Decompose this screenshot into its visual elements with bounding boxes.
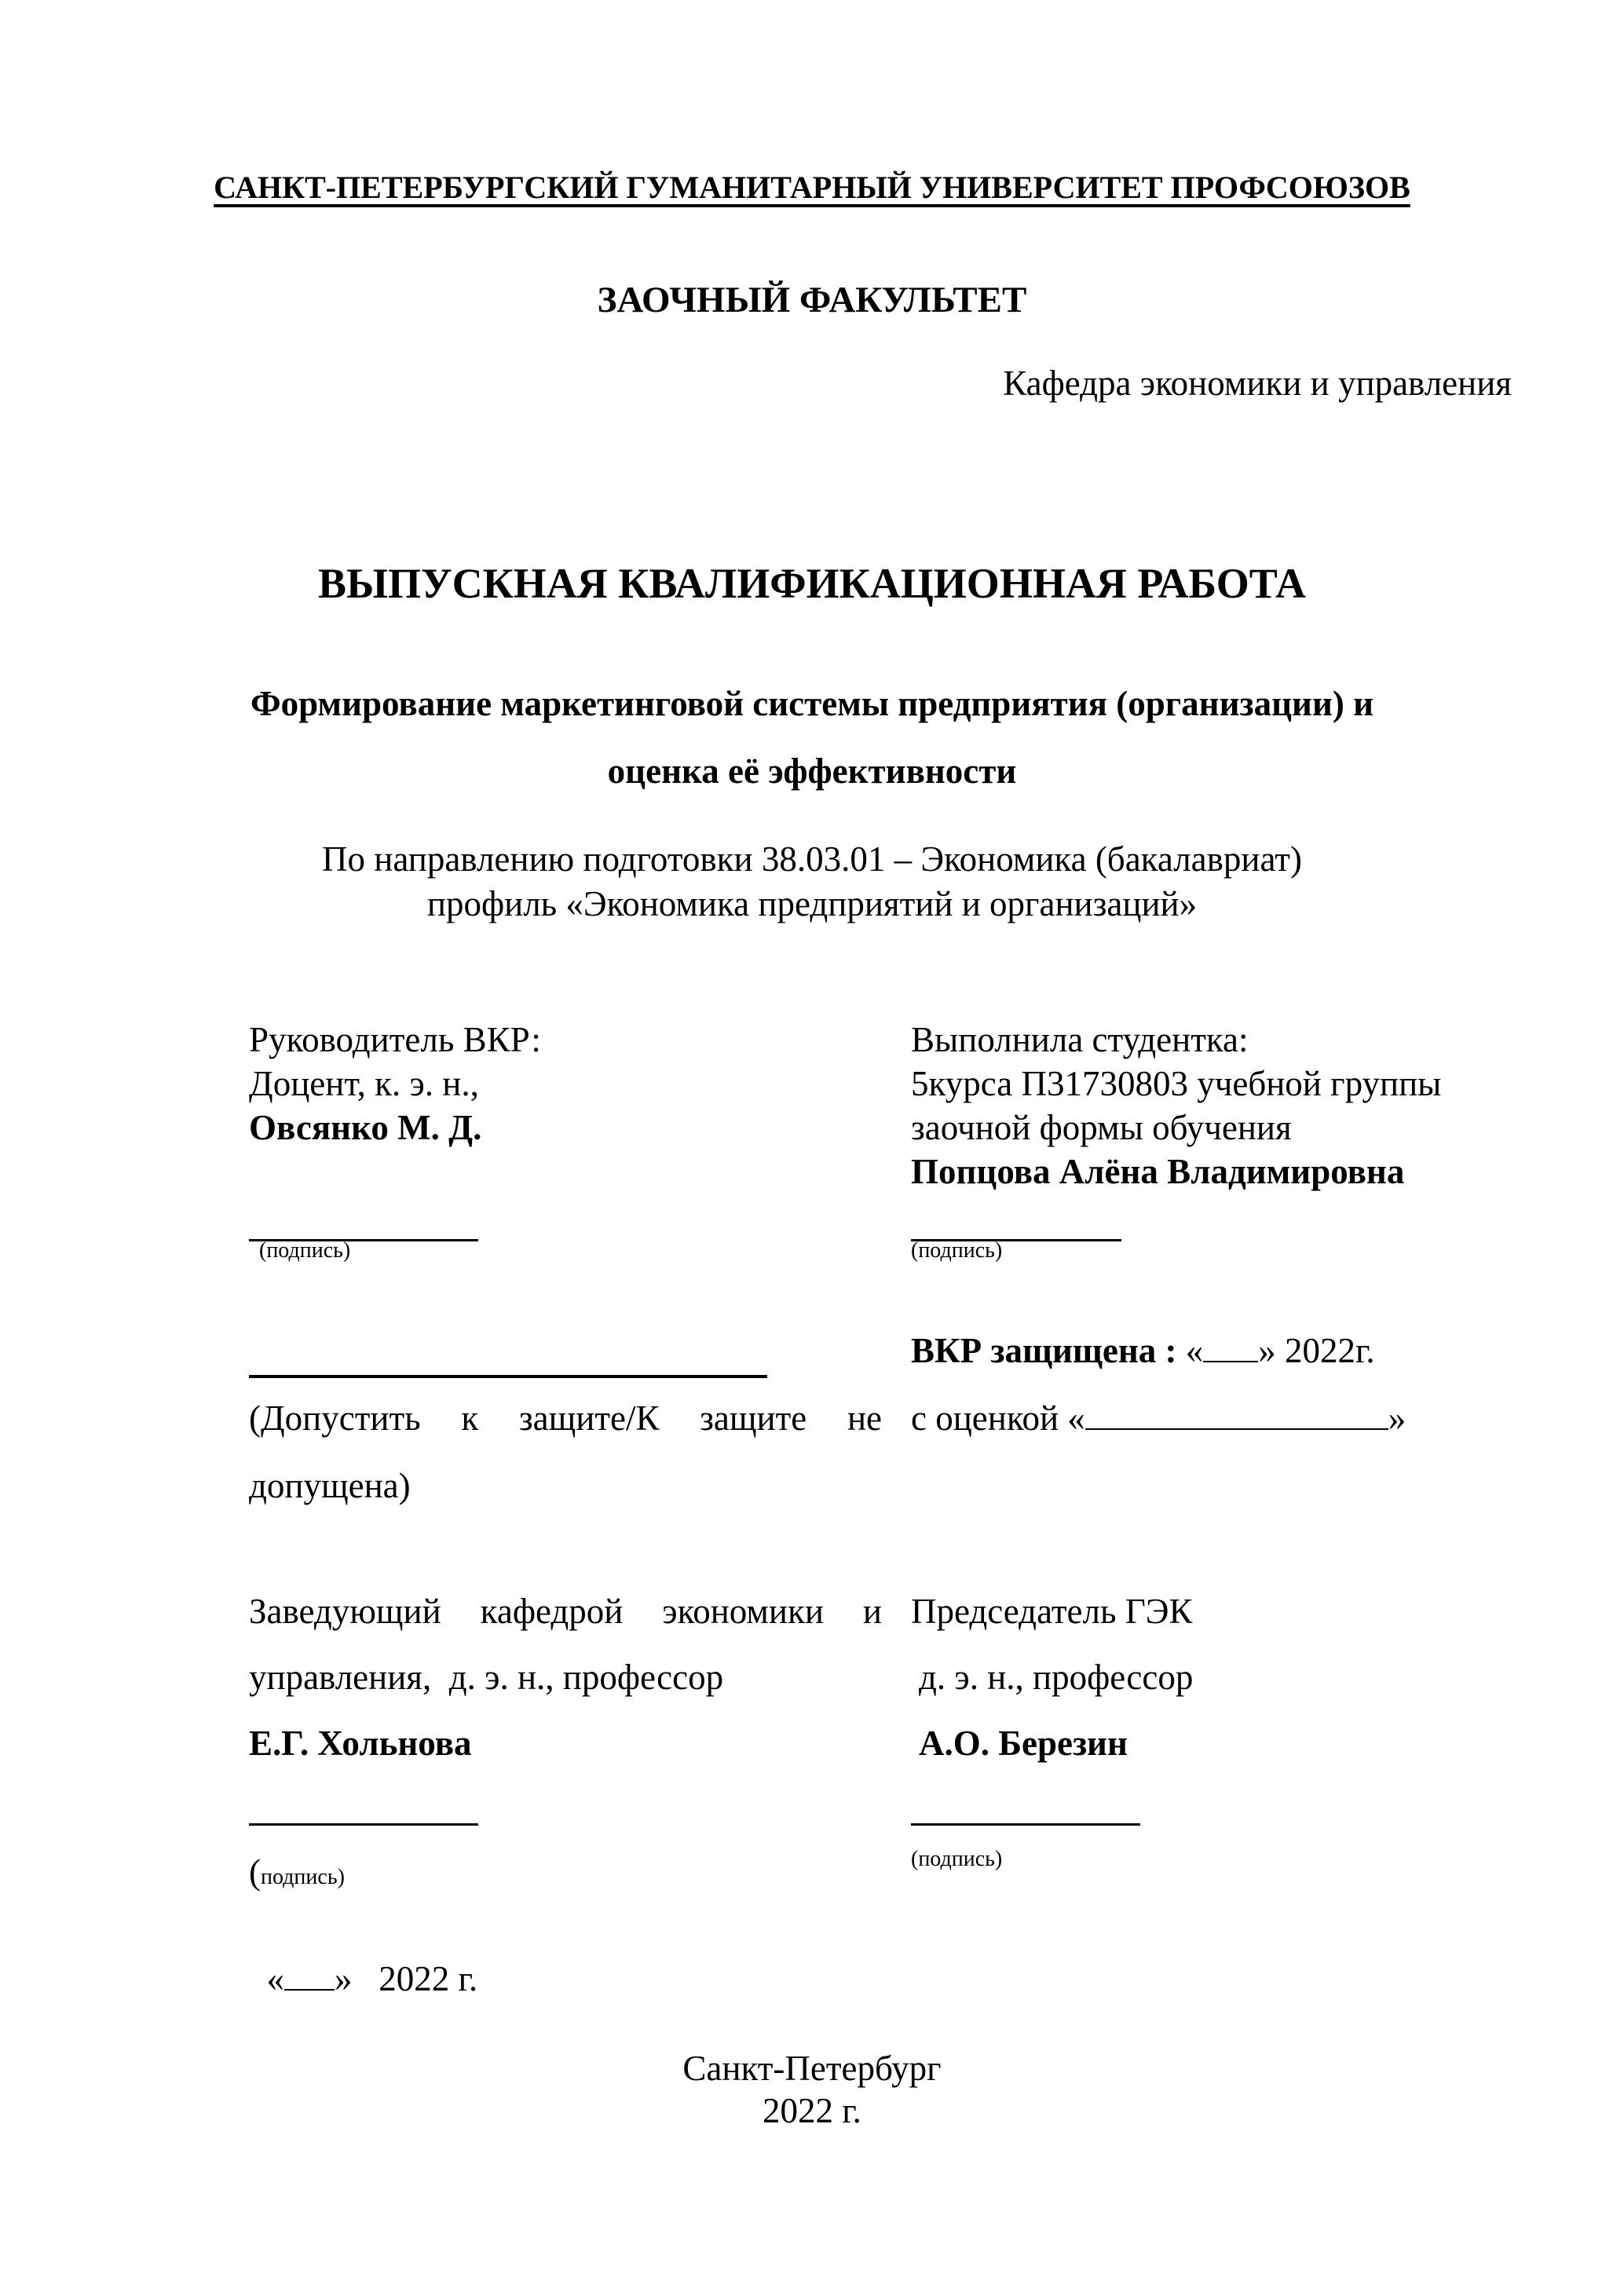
defense-day-blank[interactable] — [1203, 1361, 1258, 1362]
defense-grade-label: с оценкой « — [911, 1398, 1085, 1438]
student-name: Попцова Алёна Владимировна — [911, 1150, 1404, 1194]
head-signature-caption-paren: ( — [249, 1852, 261, 1892]
student-study-form: заочной формы обучения — [911, 1106, 1292, 1150]
head-title-word: кафедрой — [481, 1589, 624, 1633]
direction-line-1: По направлению подготовки 38.03.01 – Эко… — [0, 839, 1624, 879]
defense-grade-field: с оценкой «» — [911, 1396, 1406, 1440]
topic-line-2: оценка её эффективности — [0, 751, 1624, 792]
head-title-word: и — [863, 1589, 882, 1633]
work-type-title: ВЫПУСКНАЯ КВАЛИФИКАЦИОННАЯ РАБОТА — [0, 559, 1624, 608]
footer-year: 2022 г. — [0, 2089, 1624, 2133]
head-title-word: экономики — [662, 1589, 824, 1633]
head-of-department-title: Заведующий кафедрой экономики и — [249, 1589, 882, 1633]
head-title-word: Заведующий — [249, 1589, 441, 1633]
gek-chair-label: Председатель ГЭК — [911, 1589, 1192, 1633]
admission-word: защите/К — [519, 1396, 660, 1440]
admission-decision-line[interactable] — [249, 1368, 767, 1382]
department-name: Кафедра экономики и управления — [1003, 363, 1512, 404]
head-signature-caption-text: подпись) — [261, 1865, 345, 1889]
supervisor-position: Доцент, к. э. н., — [249, 1062, 479, 1106]
head-of-department-name: Е.Г. Хольнова — [249, 1721, 472, 1765]
faculty-name: ЗАОЧНЫЙ ФАКУЛЬТЕТ — [0, 279, 1624, 321]
defense-date-field: ВКР защищена : «» 2022г. — [911, 1329, 1375, 1373]
defense-protected-label: ВКР защищена : — [911, 1331, 1177, 1370]
admission-word: не — [847, 1396, 882, 1440]
student-group: 5курса П31730803 учебной группы — [911, 1062, 1441, 1106]
supervisor-signature-caption: (подпись) — [259, 1238, 350, 1263]
head-signature-line[interactable] — [249, 1815, 478, 1830]
head-date-day-blank[interactable] — [284, 1989, 335, 1991]
defense-grade-blank[interactable] — [1085, 1428, 1388, 1430]
topic-line-1: Формирование маркетинговой системы предп… — [0, 683, 1624, 724]
student-signature-caption: (подпись) — [911, 1238, 1002, 1263]
admission-word: (Допустить — [249, 1396, 421, 1440]
head-signature-caption: (подпись) — [249, 1852, 345, 1892]
admission-decision-text: (Допустить к защите/К защите не — [249, 1396, 882, 1440]
gek-chair-signature-line[interactable] — [911, 1815, 1140, 1830]
supervisor-label: Руководитель ВКР: — [249, 1018, 541, 1062]
gek-chair-signature-caption: (подпись) — [911, 1847, 1002, 1872]
admission-word: к — [461, 1396, 478, 1440]
gek-chair-position: д. э. н., профессор — [919, 1655, 1193, 1699]
head-date-open: « — [267, 1959, 285, 1998]
supervisor-name: Овсянко М. Д. — [249, 1106, 481, 1150]
student-label: Выполнила студентка: — [911, 1018, 1249, 1062]
admission-decision-text-2: допущена) — [249, 1464, 411, 1508]
direction-line-2: профиль «Экономика предприятий и организ… — [0, 883, 1624, 924]
gek-chair-name: А.О. Березин — [919, 1721, 1128, 1765]
university-name: САНКТ-ПЕТЕРБУРГСКИЙ ГУМАНИТАРНЫЙ УНИВЕРС… — [0, 169, 1624, 206]
head-signature-date: «» 2022 г. — [249, 1913, 477, 2001]
head-date-close: » 2022 г. — [335, 1959, 477, 1998]
admission-word: защите — [700, 1396, 807, 1440]
head-of-department-degree: управления, д. э. н., профессор — [249, 1655, 723, 1699]
footer-city: Санкт-Петербург — [0, 2046, 1624, 2090]
defense-grade-close: » — [1388, 1398, 1406, 1438]
defense-date-open: « — [1186, 1331, 1204, 1370]
defense-date-close: » 2022г. — [1258, 1331, 1374, 1370]
